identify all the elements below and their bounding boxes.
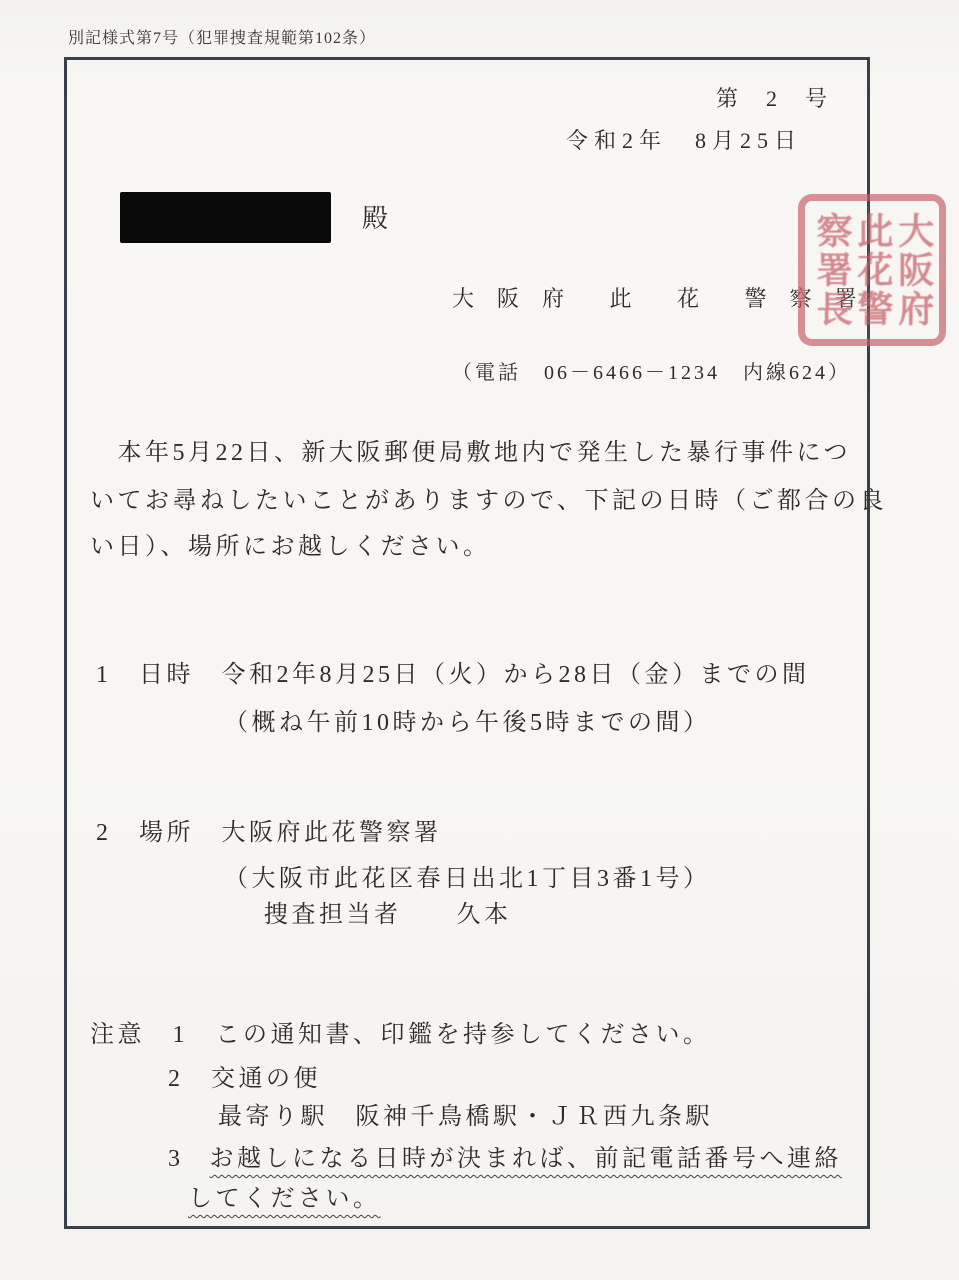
notes-item-3-text-2: してください。 xyxy=(188,1186,381,1212)
sender-station-name: 大 阪 府 此 花 警 察 署 xyxy=(452,282,857,313)
body-line: いてお尋ねしたいことがありますので、下記の日時（ご都合の良 xyxy=(90,486,887,516)
seal-characters: 大阪府 此花警 察署長 xyxy=(812,212,931,329)
body-line: 本年5月22日、新大阪郵便局敷地内で発生した暴行事件につ xyxy=(90,438,851,468)
notes-heading-line: 注意 1 この通知書、印鑑を持参してください。 xyxy=(90,1020,711,1050)
form-style-note: 別記様式第7号（犯罪捜査規範第102条） xyxy=(68,25,376,48)
datetime-line-2: （概ね午前10時から午後5時までの間） xyxy=(224,708,711,738)
addressee-honorific: 殿 xyxy=(362,198,388,235)
redacted-addressee-name xyxy=(120,192,331,243)
seal-column-right: 大阪府 xyxy=(894,212,932,329)
issue-date: 令和2年 8月25日 xyxy=(566,124,802,155)
document-number: 第 2 号 xyxy=(716,82,830,113)
notes-item-3-number: 3 xyxy=(168,1146,184,1172)
investigator-line: 捜査担当者 久本 xyxy=(264,900,512,930)
official-red-seal: 大阪府 此花警 察署長 xyxy=(798,194,946,346)
datetime-line-1: 1 日時 令和2年8月25日（火）から28日（金）までの間 xyxy=(96,660,810,690)
place-address-line: （大阪市此花区春日出北1丁目3番1号） xyxy=(224,864,711,894)
place-line-1: 2 場所 大阪府此花警察署 xyxy=(96,818,442,848)
sender-phone-number: （電話 06－6466－1234 内線624） xyxy=(452,356,851,385)
seal-column-left: 察署長 xyxy=(812,212,850,329)
notes-item-2: 2 交通の便 xyxy=(168,1064,321,1094)
notes-item-3: 3お越しになる日時が決まれば、前記電話番号へ連絡 xyxy=(168,1144,842,1174)
scanned-document-page: 別記様式第7号（犯罪捜査規範第102条） 第 2 号 令和2年 8月25日 殿 … xyxy=(0,0,959,1280)
seal-column-middle: 此花警 xyxy=(853,212,891,329)
notes-item-3-text: お越しになる日時が決まれば、前記電話番号へ連絡 xyxy=(210,1146,843,1172)
notes-item-3-continuation: してください。 xyxy=(188,1184,381,1214)
body-line: い日）、場所にお越しください。 xyxy=(90,532,491,562)
notes-item-2-detail: 最寄り駅 阪神千鳥橋駅・ＪＲ西九条駅 xyxy=(218,1102,713,1132)
